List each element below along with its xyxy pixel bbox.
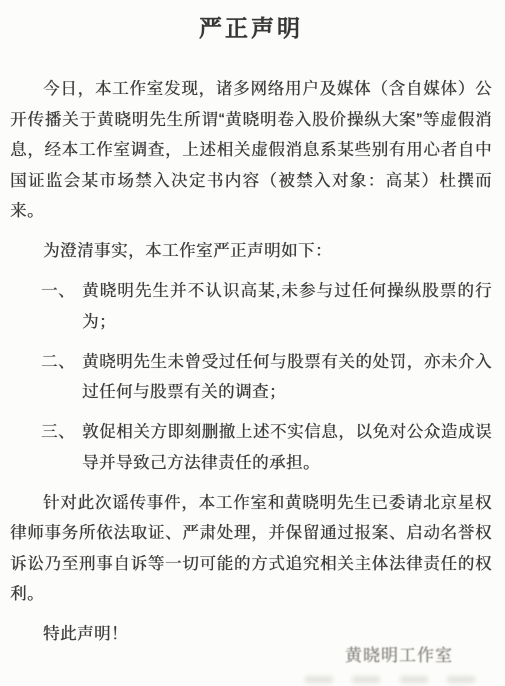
paragraph-legal-action: 针对此次谣传事件，本工作室和黄晓明先生已委请北京星权律师事务所依法取证、严肃处理…: [10, 488, 492, 610]
statement-document: 严正声明 今日，本工作室发现，诸多网络用户及媒体（含自媒体）公开传播关于黄晓明先…: [0, 0, 505, 686]
date-smudge: [447, 676, 475, 683]
statement-item-3-text: 敦促相关方即刻删撤上述不实信息，以免对公众造成误导并导致己方法律责任的承担。: [82, 417, 492, 478]
paragraph-intro: 今日，本工作室发现，诸多网络用户及媒体（含自媒体）公开传播关于黄晓明先生所谓“黄…: [10, 74, 492, 227]
statement-item-3: 三、 敦促相关方即刻删撤上述不实信息，以免对公众造成误导并导致己方法律责任的承担…: [10, 417, 492, 478]
document-title: 严正声明: [10, 14, 492, 42]
statement-item-2-text: 黄晓明先生未曾受过任何与股票有关的处罚，亦未介入过任何与股票有关的调查；: [82, 347, 492, 408]
statement-item-3-number: 三、: [41, 417, 82, 478]
paragraph-clarify-lead: 为澄清事实，本工作室严正声明如下：: [10, 236, 492, 267]
date-smudge: [400, 676, 428, 683]
date-smudge: [352, 676, 380, 683]
statement-item-2: 二、 黄晓明先生未曾受过任何与股票有关的处罚，亦未介入过任何与股票有关的调查；: [10, 347, 492, 408]
signature-studio-name: 黄晓明工作室: [345, 641, 453, 666]
date-smudge: [305, 676, 333, 683]
statement-item-1-number: 一、: [41, 276, 82, 337]
faded-date-remnant: [305, 676, 475, 686]
statement-item-1: 一、 黄晓明先生并不认识高某,未参与过任何操纵股票的行为；: [10, 276, 492, 337]
statement-item-2-number: 二、: [41, 347, 82, 408]
statement-item-1-text: 黄晓明先生并不认识高某,未参与过任何操纵股票的行为；: [82, 276, 492, 337]
